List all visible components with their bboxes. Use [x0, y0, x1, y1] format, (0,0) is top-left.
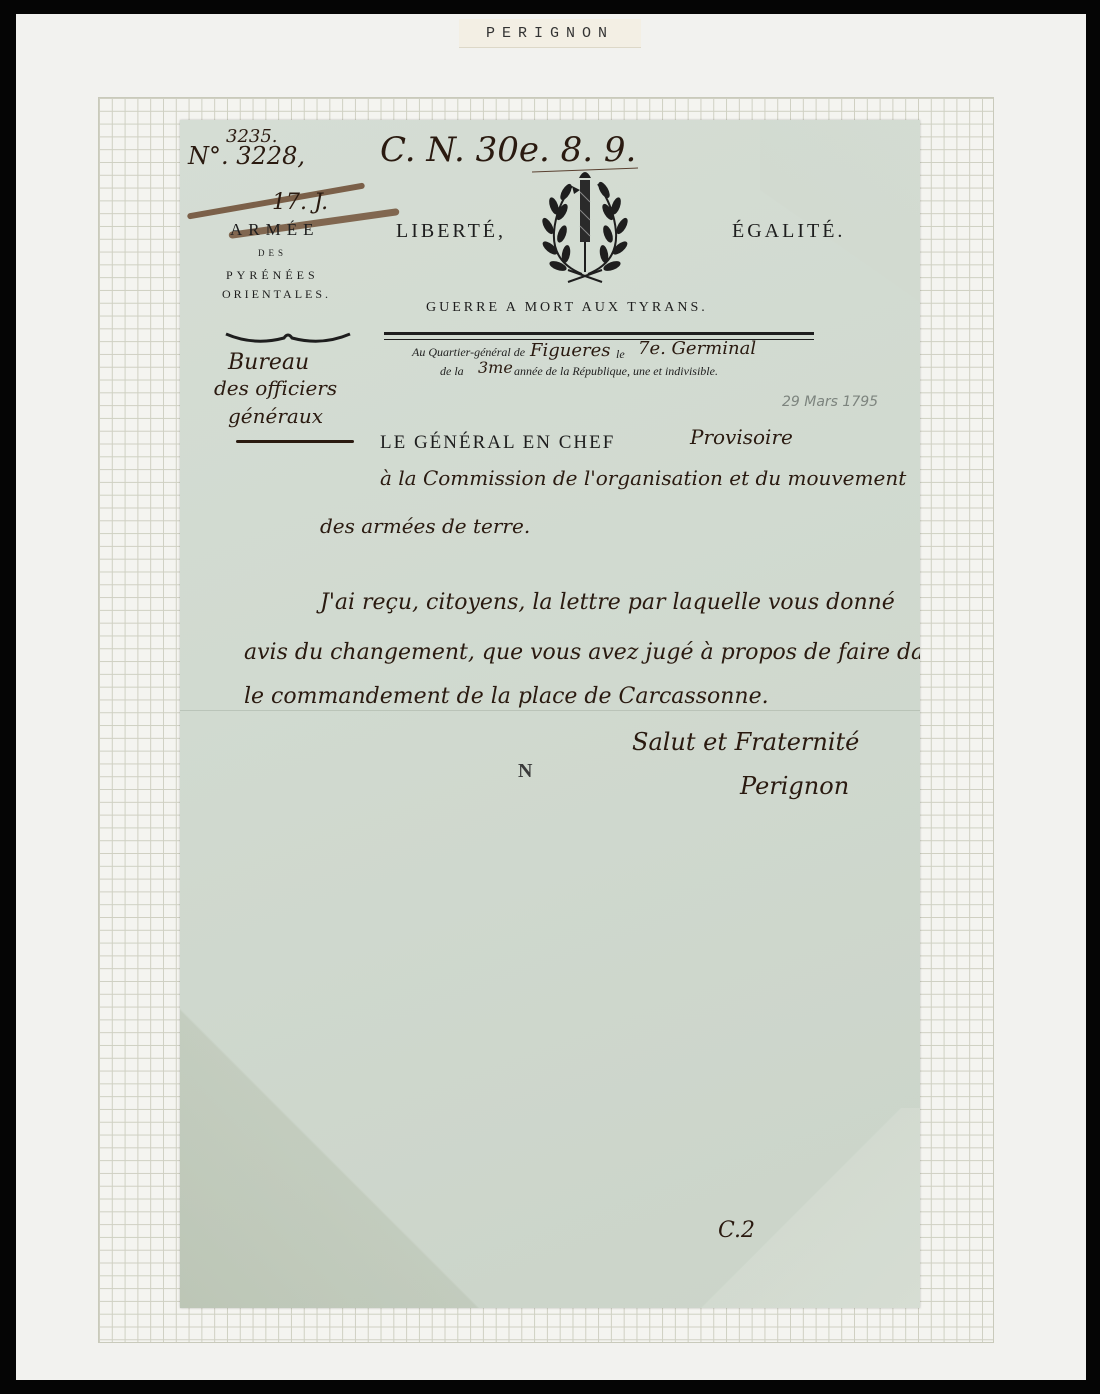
office-line-3: généraux — [228, 404, 323, 428]
closing-salutation: Salut et Fraternité — [632, 728, 859, 756]
mount-name-label: PERIGNON — [459, 19, 641, 48]
dateline-year: 3me — [478, 358, 513, 377]
signature: Perignon — [740, 772, 849, 800]
ornamental-flourish-icon — [224, 330, 352, 350]
corner-page-mark: C.2 — [718, 1218, 755, 1243]
stamp-mark: N — [518, 760, 532, 783]
fold-shadow-bottom-right — [680, 1108, 920, 1308]
office-line-2: des officiers — [214, 376, 337, 400]
fasces-laurel-wreath-icon — [532, 162, 638, 286]
sender-title: LE GÉNÉRAL EN CHEF — [380, 432, 615, 454]
addressee-line-1: à la Commission de l'organisation et du … — [380, 466, 906, 490]
letterhead-slogan: GUERRE A MORT AUX TYRANS. — [426, 300, 708, 316]
letter-document: 3235. N°. 3228, C. N. 30e. 8. 9. 17. J. … — [180, 120, 920, 1308]
body-line-2: avis du changement, que vous avez jugé à… — [244, 640, 920, 665]
addressee-line-2: des armées de terre. — [320, 514, 530, 538]
letterhead-army-orientales: ORIENTALES. — [222, 287, 331, 302]
letterhead-army-pyrenees: PYRÉNÉES — [226, 268, 319, 283]
letterhead-army: ARMÉE — [230, 220, 320, 240]
horizontal-fold-crease — [180, 710, 920, 711]
letterhead-motto-liberte: LIBERTÉ, — [396, 220, 506, 243]
sender-qualifier: Provisoire — [690, 425, 793, 449]
letterhead-rule — [384, 332, 814, 335]
reference-number: N°. 3228, — [188, 142, 305, 170]
office-line-1: Bureau — [228, 350, 309, 375]
office-underline — [236, 440, 354, 443]
dateline-printed-le: le — [616, 347, 625, 362]
body-line-1: J'ai reçu, citoyens, la lettre par laque… — [320, 590, 895, 615]
fold-shadow-bottom-left — [180, 1008, 480, 1308]
folio-number: 17. J. — [272, 190, 328, 215]
pencil-gregorian-date: 29 Mars 1795 — [782, 394, 878, 410]
dateline-place: Figueres — [530, 340, 611, 361]
dateline-printed-de-la: de la — [440, 364, 464, 379]
letterhead-army-des: DES — [258, 248, 287, 258]
dateline-date: 7e. Germinal — [638, 338, 756, 359]
body-line-3: le commandement de la place de Carcasson… — [244, 684, 769, 709]
dateline-printed-republic: année de la République, une et indivisib… — [514, 364, 718, 379]
letterhead-motto-egalite: ÉGALITÉ. — [732, 220, 845, 243]
